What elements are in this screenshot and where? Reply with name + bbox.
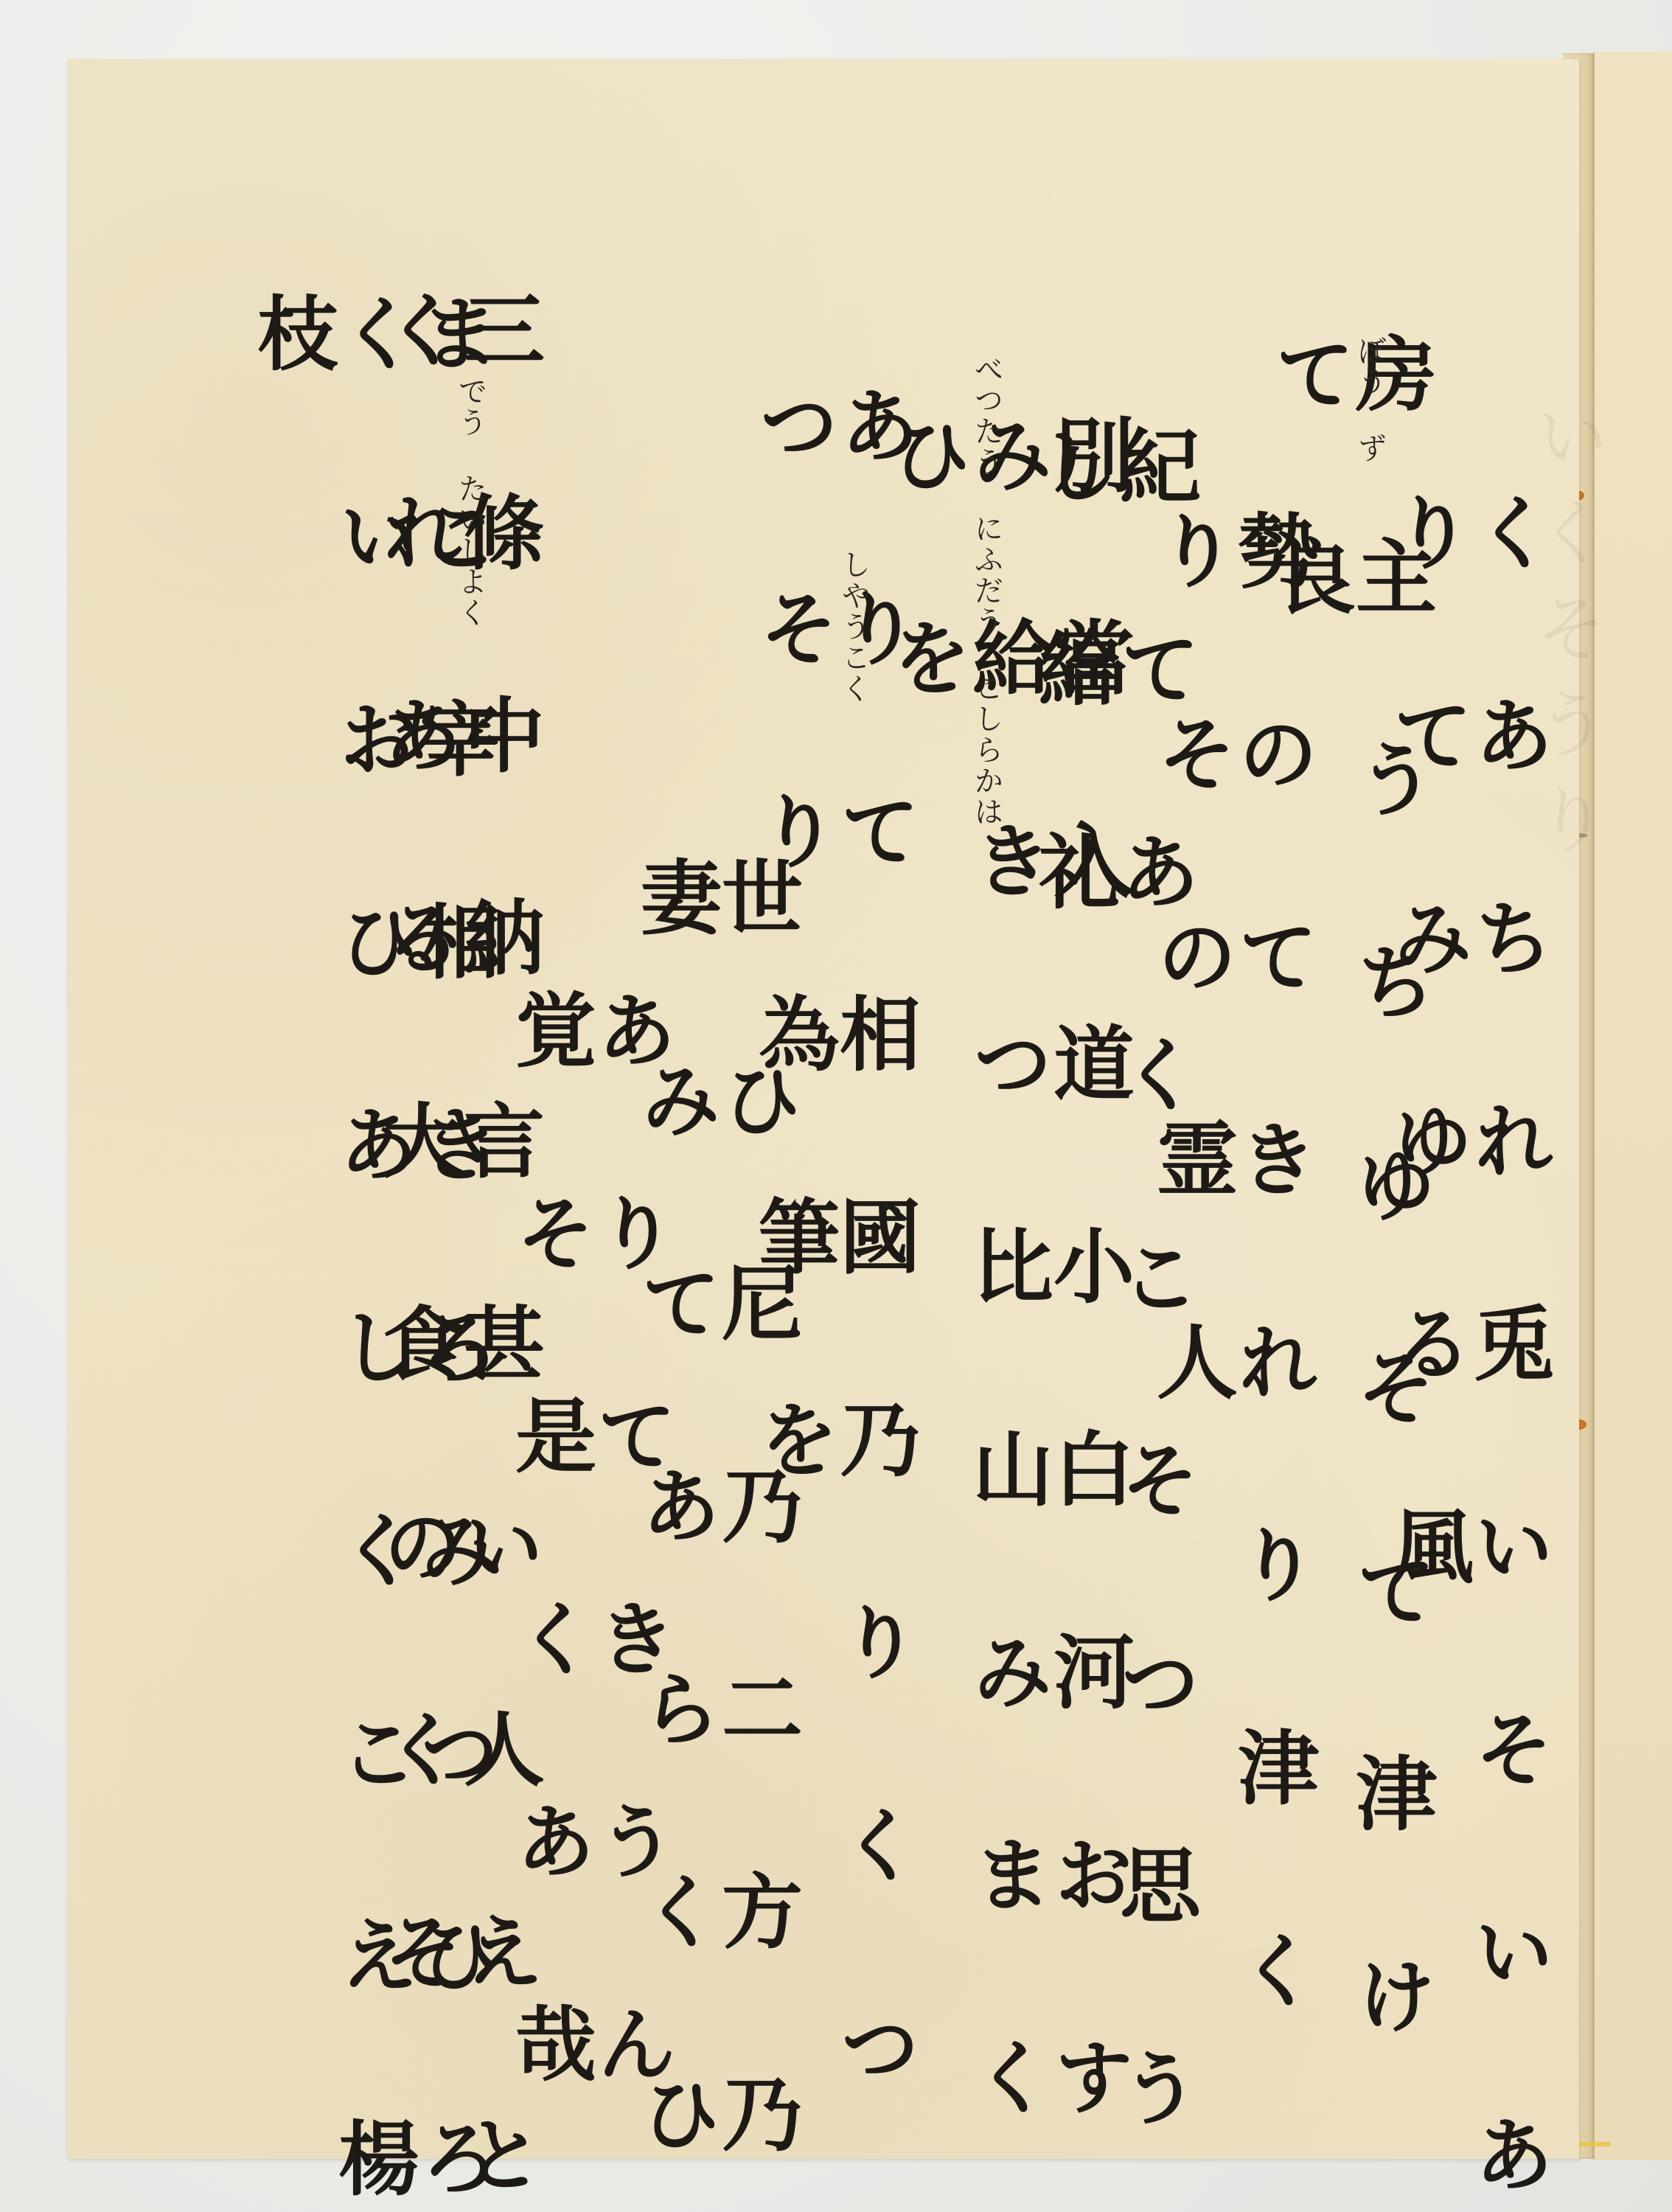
furigana-column-5: べつたう にふだう こしらかは [966,354,1008,827]
adjacent-page [1594,52,1672,2160]
furigana-column-2: ぼう ず [1349,335,1391,464]
text-column-10: ま こ 宰 相 き ろ み つ ひ ろ く い お ひ あ し く こ え 楊 … [251,291,494,2212]
furigana-column-6: しやうこく [833,549,875,704]
